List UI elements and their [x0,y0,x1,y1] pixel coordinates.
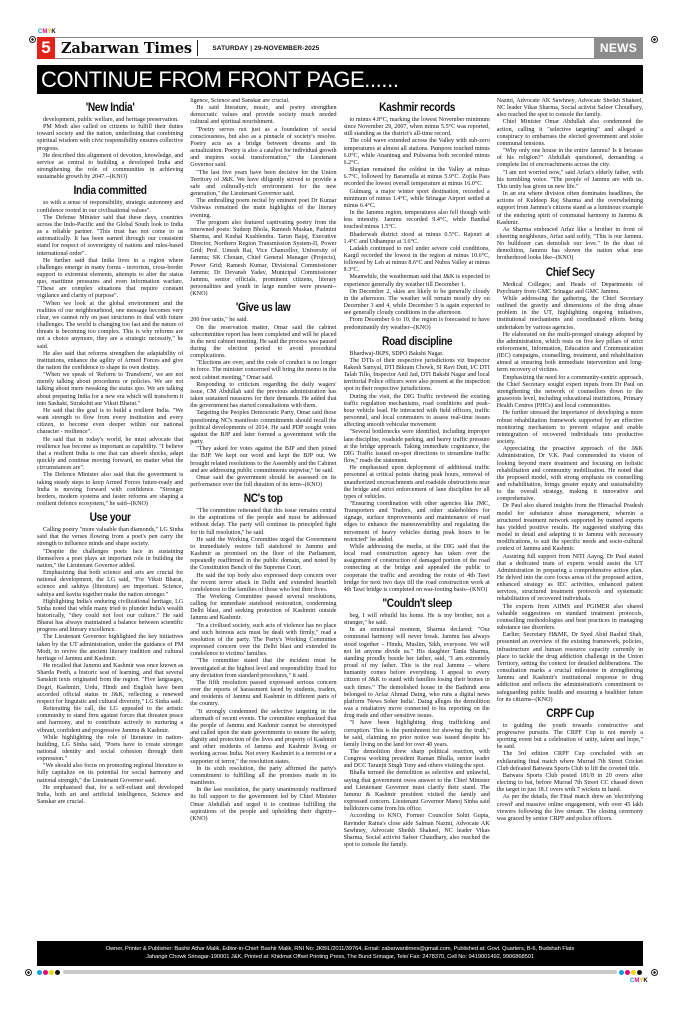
article-paragraph: He further said that India lives in a re… [37,258,183,301]
article-paragraph: Earlier, Secretary H&ME, Dr Syed Abid Ra… [497,632,643,704]
article-paragraph: The DTIs of their respective jurisdictio… [344,358,490,394]
article-headline: Road discipline [354,334,478,349]
article-paragraph: Bhardwaj-JKPS, SDPO Bakshi Nagar. [344,351,490,358]
black-dot [637,970,642,975]
article-paragraph: Calling poetry "more valuable than diamo… [37,527,183,548]
article-headline: Use your [48,510,172,525]
article-paragraph: The experts from AIIMS and PGIMER also s… [497,604,643,633]
article-paragraph: He said literature, music, and poetry st… [190,105,336,126]
article-paragraph: While highlighting the role of literatur… [37,735,183,764]
article-paragraph: In an emotional moment, Sharma declared:… [344,627,490,720]
article-paragraph: While addressing the gathering, the Chie… [497,296,643,332]
page-number: 5 [37,37,55,59]
cyan-dot [37,970,42,975]
article-paragraph: Dr Paul also shared insights from the Hi… [497,503,643,553]
article-paragraph: Chief Minister Omar Abdullah also condem… [497,119,643,148]
article-paragraph: While addressing the media, at the DIG s… [344,544,490,594]
magenta-dot [625,970,630,975]
grey-strip [63,970,617,974]
article-paragraph: "Elections are over, and the code of con… [190,360,336,381]
article-paragraph: Bhaderwah district stood at minus 0.5°C.… [344,232,490,246]
article-paragraph: "When we look at the global environment … [37,301,183,351]
imprint-line-1: Owner, Printer & Publisher: Bashir Athar… [37,945,643,953]
article-headline: Kashmir records [354,100,478,115]
article-paragraph: On the reservation matter, Omar said the… [190,325,336,361]
article-paragraph: "It strongly condemned the selective tar… [190,709,336,766]
article-paragraph: "Despite the challenges poets face in su… [37,549,183,570]
imprint-footer: Owner, Printer & Publisher: Bashir Athar… [37,941,643,966]
article-paragraph: to guiding the youth towards constructiv… [497,723,643,752]
yellow-dot [49,970,54,975]
article-paragraph: so with a sense of responsibility, strat… [37,200,183,214]
article-paragraph: He further stressed the importance of de… [497,410,643,446]
article-paragraph: beg, I will rebuild his home. He is my b… [344,613,490,627]
article-paragraph: In the Jammu region, temperatures also f… [344,210,490,231]
article-headline: NC's top [201,491,325,506]
column-1: 'New India'development, public welfare, … [37,98,183,938]
article-paragraph: "We should also focus on promoting regio… [37,763,183,784]
article-paragraph: The enthralling poem recital by eminent … [190,198,336,219]
article-paragraph: "Why only one house in the entire Jammu?… [497,148,643,169]
article-paragraph: The demolition drew sharp political reac… [344,749,490,770]
article-paragraph: Bhalla termed the demolition as selectiv… [344,770,490,813]
article-paragraph: As per the details, the Final match drew… [497,794,643,823]
article-paragraph: Medical Colleges; and Heads of Departmen… [497,282,643,296]
column-2: ligence, Science and Sanskar are crucial… [190,98,336,938]
article-paragraph: Responding to criticism regarding the da… [190,382,336,411]
column-3: Kashmir recordsto minus 4.8°C, marking t… [344,98,490,938]
article-paragraph: He said the Working Committee urged the … [190,537,336,573]
article-paragraph: He said that in today's world, he must a… [37,437,183,473]
registration-mark-bottom-right [651,969,658,976]
paper-name: Zabarwan Times [61,40,192,57]
article-paragraph: to minus 4.8°C, marking the lowest Novem… [344,117,490,138]
article-headline: India committed [48,183,172,198]
article-paragraph: "They asked for votes against the BJP an… [190,446,336,475]
article-paragraph: "When we speak of 'Reform to Transform',… [37,372,183,408]
registration-mark-top-right [651,36,658,43]
article-paragraph: He said the top body also expressed deep… [190,573,336,594]
article-paragraph: "The committee reiterated that this issu… [190,508,336,537]
article-paragraph: Targeting the Peoples Democratic Party, … [190,410,336,446]
black-dot [55,970,60,975]
article-paragraph: "I have been highlighting drug trafficki… [344,720,490,749]
article-paragraph: The program also featured captivating po… [190,220,336,299]
article-paragraph: Shopian remained the coldest in the Vall… [344,167,490,188]
registration-mark-bottom-left [25,969,32,976]
article-headline: "Couldn't sleep [354,596,478,611]
article-paragraph: The cold wave extended across the Valley… [344,138,490,167]
article-paragraph: The Lieutenant Governor highlighted the … [37,634,183,663]
issue-day: SATURDAY [212,45,248,52]
cmyk-label-top: CMYK [38,29,56,35]
article-paragraph: Omar said the government should be asses… [190,475,336,489]
article-paragraph: ligence, Science and Sanskar are crucial… [190,98,336,105]
article-paragraph: "In a civilised society, such acts of vi… [190,623,336,659]
article-headline: 'Give us law [201,300,325,315]
article-paragraph: PM Modi also called on citizens to fulfi… [37,124,183,153]
article-paragraph: He described this alignment of devotion,… [37,153,183,182]
article-paragraph: The Working Committee passed several res… [190,594,336,623]
article-columns: 'New India'development, public welfare, … [37,98,643,938]
article-paragraph: In an era where division often dominates… [497,191,643,227]
article-paragraph: He emphasised upon deployment of additio… [344,465,490,501]
cmyk-label-bottom: CMYK [630,978,648,984]
article-paragraph: He elaborated on the multi-pronged strat… [497,332,643,375]
article-paragraph: Gulmarg, a major winter sport destinatio… [344,189,490,210]
article-paragraph: "Several bottlenecks were identified, in… [344,429,490,465]
article-paragraph: "Ensuring coordination with other agenci… [344,501,490,544]
registration-mark-top-left [29,36,36,43]
article-paragraph: According to KNO, Former Councilor Sohit… [344,813,490,849]
article-headline: Chief Secy [508,265,632,280]
article-paragraph: The 3rd edition CRPF Cup concluded with … [497,751,643,772]
article-paragraph: "Poetry serves not just as a foundation … [190,127,336,170]
article-headline: CRPF Cup [508,706,632,721]
magenta-dot [43,970,48,975]
article-paragraph: "The last five years have been decisive … [190,170,336,199]
article-paragraph: In the last resolution, the party unanim… [190,787,336,823]
article-paragraph: Emphasizing that both science and arts a… [37,570,183,599]
masthead: 5 Zabarwan Times SATURDAY|29-NOVEMBER-20… [37,37,643,59]
issue-date-value: 29-NOVEMBER-2025 [254,45,319,52]
yellow-dot [631,970,636,975]
article-paragraph: The Defence Minister also said that the … [37,472,183,508]
article-paragraph: He also said that reforms strengthen the… [37,351,183,372]
page-banner: CONTINUE FROM FRONT PAGE...... [37,65,643,94]
article-paragraph: Ladakh continued to reel under severe co… [344,246,490,275]
article-paragraph: The fifth resolution passed expressed se… [190,680,336,709]
article-paragraph: The Defense Minister said that these day… [37,215,183,258]
article-paragraph: He emphasised that, for a self-reliant a… [37,785,183,806]
article-paragraph: 200 free units," he said. [190,317,336,324]
article-paragraph: "The committee stated that the incident … [190,658,336,679]
imprint-line-2: Jahangir Chowk Srinagar-190001 J&K, Prin… [37,953,643,961]
article-paragraph: Assuring full support from NITI Aayog, D… [497,554,643,604]
issue-date: SATURDAY|29-NOVEMBER-2025 [212,45,319,52]
article-paragraph: Meanwhile, the weatherman said that J&K … [344,274,490,288]
article-paragraph: As Sharma embraced Arfaz like a brother … [497,227,643,263]
article-paragraph: During the visit, the DIG Traffic review… [344,394,490,430]
article-paragraph: Batwara Sports Club posted 181/8 in 20 o… [497,773,643,794]
article-paragraph: Highlighting India's enduring civilizati… [37,599,183,635]
section-tag: NEWS [594,37,643,59]
article-paragraph: From December 6 to 10, the region is for… [344,317,490,331]
print-color-bar [37,969,643,975]
article-paragraph: "I am not worried now," said Arfaz's eld… [497,170,643,191]
cyan-dot [619,970,624,975]
article-paragraph: In its sixth resolution, the party affir… [190,766,336,787]
article-headline: 'New India' [48,100,172,115]
masthead-divider [197,40,199,56]
article-paragraph: He recalled that Jammu and Kashmir was o… [37,663,183,706]
article-paragraph: Emphasizing the need for a community-cen… [497,375,643,411]
article-paragraph: Reiterating his call, the LG appealed to… [37,706,183,735]
column-4: Nazmi, Advocate AK Sawhney, Advocate She… [497,98,643,938]
article-paragraph: Appreciating the proactive approach of t… [497,446,643,503]
article-paragraph: On December 2, skies are likely to be ge… [344,289,490,318]
article-paragraph: Nazmi, Advocate AK Sawhney, Advocate She… [497,98,643,119]
article-paragraph: He said that the goal is to build a resi… [37,408,183,437]
